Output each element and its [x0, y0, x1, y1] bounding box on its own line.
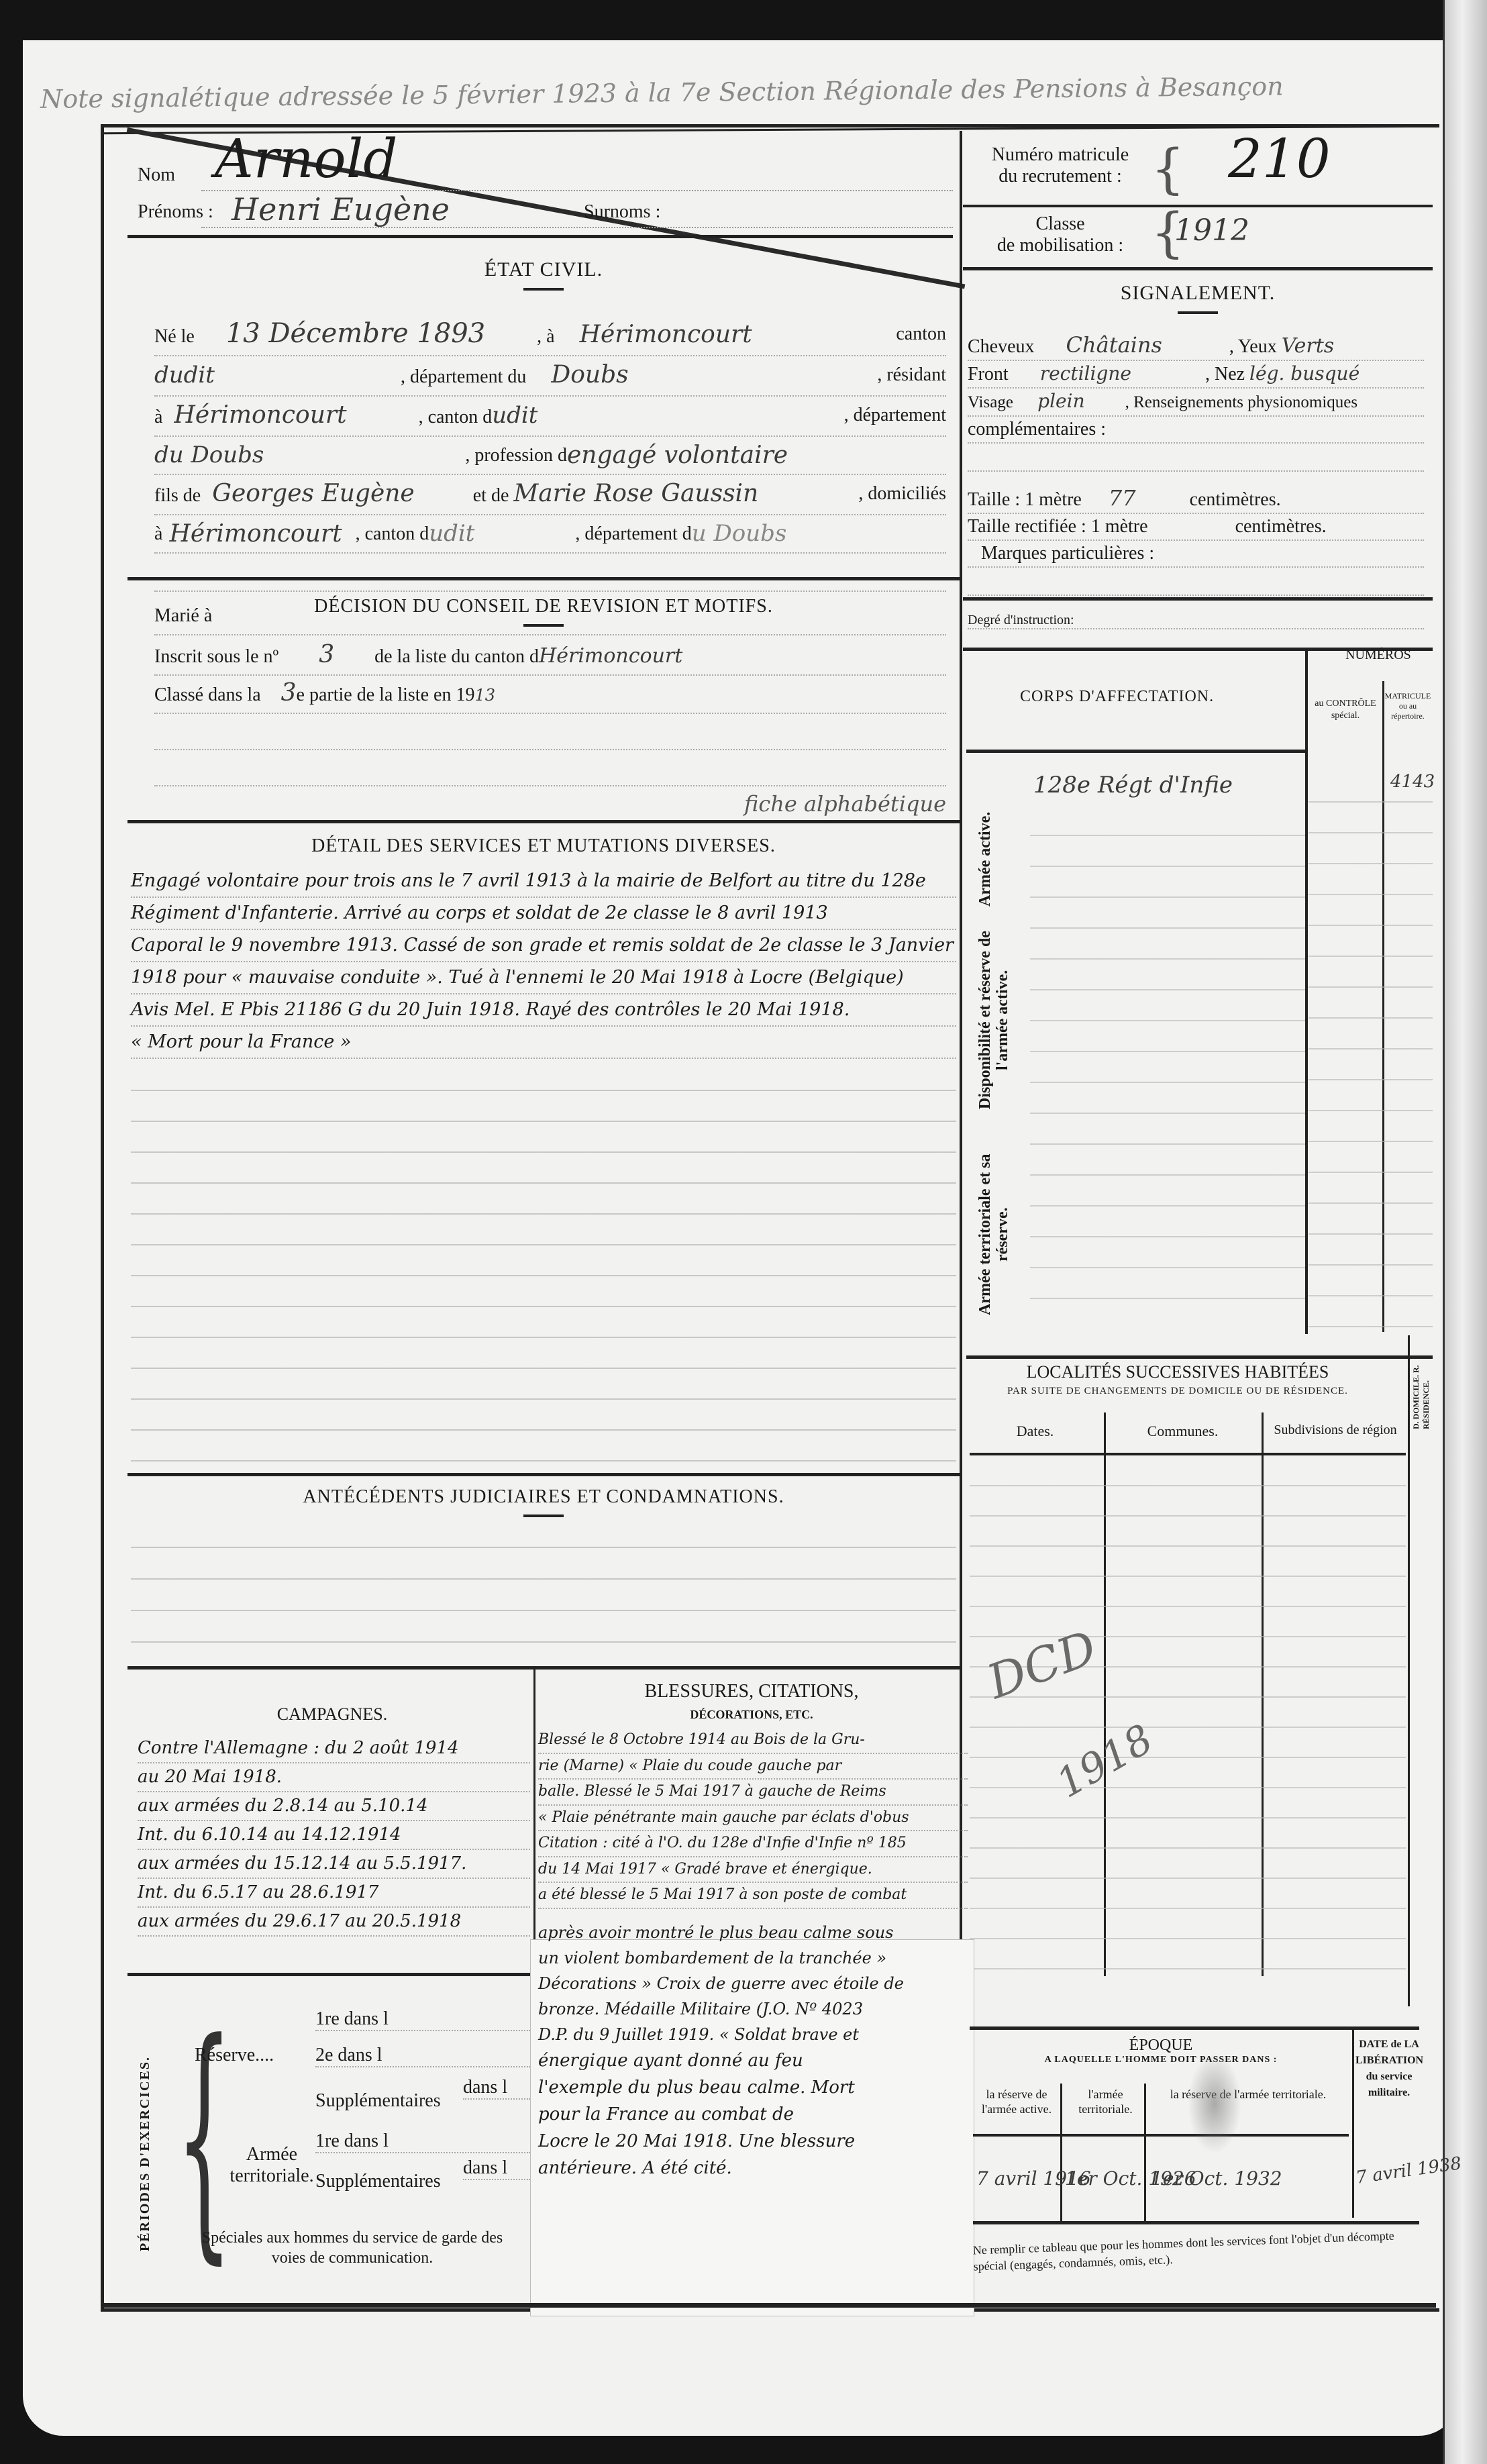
antecedents-ruled-lines [131, 1517, 956, 1664]
corps-numeros-divider [1305, 650, 1308, 1334]
antecedents-divider [127, 1666, 960, 1670]
renseignements-label: , Renseignements physionomiques [1125, 393, 1358, 411]
territoriale-supp-dans: dans l [463, 2157, 530, 2180]
prenoms-label: Prénoms : [138, 201, 213, 223]
cheveux-label: Cheveux [968, 336, 1035, 357]
matricule-label-2: du recrutement : [980, 166, 1141, 187]
residence-a-label: à [154, 407, 162, 427]
father-value: Georges Eugène [212, 480, 415, 507]
birth-date: 13 Décembre 1893 [226, 318, 485, 349]
matricule-divider [963, 205, 1433, 207]
campagne-line: aux armées du 15.12.14 au 5.5.1917. [138, 1850, 530, 1879]
blessure-line: du 14 Mai 1917 « Gradé brave et énergiqu… [538, 1857, 968, 1884]
liberation-divider [1352, 2026, 1354, 2218]
parents-canton-value: udit [429, 515, 474, 552]
ink-stain [1188, 2053, 1241, 2154]
campagnes-divider [533, 1670, 535, 1978]
fiche-note: fiche alphabétique [744, 791, 946, 817]
blessure-line: l'exemple du plus beau calme. Mort [538, 2074, 968, 2101]
signalement-section: SIGNALEMENT. [963, 282, 1433, 314]
signalement-divider [963, 597, 1433, 601]
reserve-2: 2e dans l [315, 2045, 530, 2067]
col-subdivisions: Subdivisions de région [1265, 1423, 1406, 1438]
campagne-line: Int. du 6.10.14 au 14.12.1914 [138, 1821, 530, 1850]
campagne-line: aux armées du 2.8.14 au 5.10.14 [138, 1792, 530, 1821]
canton-label: canton [896, 315, 946, 355]
recruitment-divider [963, 267, 1433, 270]
corps-title: CORPS D'AFFECTATION. [1020, 688, 1214, 706]
front-value: rectiligne [1040, 362, 1131, 384]
epoque-col-reserve-territoriale: la réserve de l'armée territoriale. [1147, 2087, 1349, 2102]
decision-canton: Hérimoncourt [539, 644, 682, 668]
epoque-col-active: la réserve de l'armée active. [973, 2087, 1060, 2116]
blessure-line: rie (Marne) « Plaie du coude gauche par [538, 1754, 968, 1780]
nez-label: , Nez [1205, 364, 1245, 384]
etat-civil-section: ÉTAT CIVIL. [127, 258, 960, 291]
departement-label: , département du [401, 366, 526, 387]
blessure-line: pour la France au combat de [538, 2101, 968, 2128]
complementaires-label: complémentaires : [968, 419, 1106, 440]
campagne-line: au 20 Mai 1918. [138, 1763, 530, 1792]
speciales-label: Spéciales aux hommes du service de garde… [195, 2228, 510, 2268]
book-spine [1443, 0, 1487, 2464]
armee-active-entry: 128e Régt d'Infie [1033, 772, 1233, 799]
classe-value: 1912 [1174, 213, 1249, 248]
reserve-supp: Supplémentaires [315, 2090, 441, 2112]
services-line: Engagé volontaire pour trois ans le 7 av… [131, 866, 956, 898]
controle-label: au CONTRÔLE spécial. [1312, 698, 1379, 722]
signalement-body: Cheveux Châtains, Yeux Verts Front recti… [968, 332, 1424, 596]
decision-title: DÉCISION DU CONSEIL DE REVISION ET MOTIF… [127, 596, 960, 617]
blessure-line: antérieure. A été cité. [538, 2155, 968, 2181]
mother-value: Marie Rose Gaussin [513, 480, 758, 507]
ne-le-label: Né le [154, 326, 195, 347]
territoriale-label: Armée territoriale. [221, 2144, 322, 2187]
blessure-line: Décorations » Croix de guerre avec étoil… [538, 1971, 968, 1996]
taille-label: Taille : 1 mètre [968, 489, 1082, 510]
blessure-line: énergique ayant donné au feu [538, 2047, 968, 2074]
et-de-label: et de [473, 485, 509, 506]
campagne-line: Int. du 6.5.17 au 28.6.1917 [138, 1879, 530, 1908]
antecedents-section: ANTÉCÉDENTS JUDICIAIRES ET CONDAMNATIONS… [127, 1486, 960, 1517]
visage-value: plein [1037, 390, 1084, 412]
blessures-title: BLESSURES, CITATIONS, [537, 1681, 966, 1702]
taille-value: 77 [1109, 485, 1136, 511]
a-label: , à [537, 326, 554, 347]
birth-place: Hérimoncourt [580, 321, 752, 348]
services-ruled-lines [131, 1060, 956, 1463]
blessure-line: Locre le 20 Mai 1918. Une blessure [538, 2128, 968, 2155]
blessure-line: Blessé le 8 Octobre 1914 au Bois de la G… [538, 1728, 968, 1754]
numeros-label: NUMÉROS [1345, 648, 1411, 663]
blessure-line: Citation : cité à l'O. du 128e d'Infie d… [538, 1831, 968, 1857]
epoque-header-divider [973, 2134, 1349, 2137]
classe-dans-label: Classé dans la [154, 684, 261, 705]
localites-subtitle: PAR SUITE DE CHANGEMENTS DE DOMICILE OU … [966, 1386, 1389, 1397]
campagnes-title: CAMPAGNES. [131, 1704, 533, 1725]
prenoms-value: Henri Eugène [232, 191, 450, 227]
localites-top-divider [966, 1355, 1433, 1359]
centimetres-label: centimètres. [1190, 489, 1281, 510]
residence-canton-value: udit [492, 402, 537, 429]
corps-header-divider [966, 750, 1305, 753]
localites-dr-label: D. DOMICILE. R. RÉSIDENCE. [1411, 1342, 1431, 1429]
departement-value: Doubs [551, 361, 628, 389]
localites-title: LOCALITÉS SUCCESSIVES HABITÉES [966, 1362, 1389, 1382]
services-line: 1918 pour « mauvaise conduite ». Tué à l… [131, 962, 956, 994]
domicilies-label: , domiciliés [858, 475, 946, 514]
blessure-line: balle. Blessé le 5 Mai 1917 à gauche de … [538, 1780, 968, 1806]
marques-label: Marques particulières : [981, 543, 1154, 564]
col-dates: Dates. [976, 1423, 1094, 1440]
epoque-col-divider-1 [1060, 2084, 1062, 2221]
parents-dept-label: , département d [575, 515, 691, 552]
signalement-title: SIGNALEMENT. [963, 282, 1433, 305]
decision-section: DÉCISION DU CONSEIL DE REVISION ET MOTIF… [127, 596, 960, 627]
localites-dr-divider [1408, 1335, 1410, 2006]
blessure-line: « Plaie pénétrante main gauche par éclat… [538, 1806, 968, 1832]
front-label: Front [968, 364, 1009, 384]
profession-label: , profession d [465, 437, 567, 474]
prenoms-line [201, 227, 953, 228]
territoriale-1: 1re dans l [315, 2131, 530, 2153]
services-body: Engagé volontaire pour trois ans le 7 av… [131, 866, 956, 1059]
classe-label-1: Classe [980, 213, 1141, 235]
periodes-title: PÉRIODES D'EXERCICES. [138, 2033, 178, 2275]
numeros-ruled-lines [1309, 772, 1433, 1329]
campagne-line: aux armées du 29.6.17 au 20.5.1918 [138, 1908, 530, 1937]
parents-dept-value: u Doubs [692, 515, 787, 552]
services-line: Régiment d'Infanterie. Arrivé au corps e… [131, 898, 956, 930]
reserve-label: Réserve.... [195, 2045, 274, 2066]
centimetres-label-2: centimètres. [1235, 516, 1327, 537]
localites-header-divider [970, 1453, 1406, 1455]
identity-divider [127, 235, 953, 238]
etat-civil-body: Né le 13 Décembre 1893 , à Hérimoncourt … [154, 315, 946, 635]
blessures-subtitle: DÉCORATIONS, ETC. [537, 1708, 966, 1722]
blessure-line: a été blessé le 5 Mai 1917 à son poste d… [538, 1883, 968, 1909]
epoque-col-territoriale: l'armée territoriale. [1064, 2087, 1147, 2116]
profession-value: engagé volontaire [567, 437, 788, 474]
parents-place: Hérimoncourt [169, 515, 342, 552]
taille-rect-label: Taille rectifiée : 1 mètre [968, 516, 1148, 537]
residence-value: Hérimoncourt [174, 401, 346, 429]
etat-civil-title: ÉTAT CIVIL. [127, 258, 960, 281]
corps-ruled-lines [1030, 805, 1305, 1329]
residence-dept-value: du Doubs [154, 437, 264, 474]
services-line: « Mort pour la France » [131, 1027, 956, 1059]
visage-label: Visage [968, 393, 1013, 411]
campagnes-bottom-divider [127, 1973, 533, 1976]
partie-value: 3 [281, 679, 297, 707]
antecedents-title: ANTÉCÉDENTS JUDICIAIRES ET CONDAMNATIONS… [127, 1486, 960, 1508]
matricule-value: 210 [1228, 127, 1331, 190]
blessures-body: Blessé le 8 Octobre 1914 au Bois de la G… [538, 1728, 968, 2181]
services-line: Caporal le 9 novembre 1913. Cassé de son… [131, 930, 956, 962]
epoque-col-divider-2 [1144, 2084, 1146, 2221]
nom-label: Nom [138, 164, 175, 186]
partie-label: e partie de la liste en 19 [297, 684, 475, 705]
classe-label-2: de mobilisation : [980, 235, 1141, 256]
services-line: Avis Mel. E Pbis 21186 G du 20 Juin 1918… [131, 994, 956, 1027]
localites-ruled-lines [970, 1456, 1406, 1980]
matricule-repertoire-label: MATRICULE ou au répertoire. [1384, 691, 1431, 721]
blessure-line: D.P. du 9 Juillet 1919. « Soldat brave e… [538, 2022, 968, 2047]
services-section: DÉTAIL DES SERVICES ET MUTATIONS DIVERSE… [127, 835, 960, 857]
nom-value: Arnold [215, 127, 398, 190]
territoriale-label: Armée territoriale et sa réserve. [976, 1141, 1011, 1329]
liberation-header: DATE de LA LIBÉRATION du service militai… [1355, 2037, 1423, 2101]
fils-label: fils de [154, 485, 201, 506]
annee-value: 13 [474, 686, 495, 705]
residence-canton-label: , canton d [419, 407, 493, 427]
decision-divider [127, 820, 960, 823]
matricule-label-1: Numéro matricule [980, 144, 1141, 166]
territoriale-supp: Supplémentaires [315, 2171, 441, 2192]
decision-body: Inscrit sous le nº3de la liste du canton… [154, 637, 946, 823]
disponibilite-label: Disponibilité et réserve de l'armée acti… [976, 906, 1011, 1134]
yeux-label: , Yeux [1229, 336, 1277, 357]
epoque-subtitle: A LAQUELLE L'HOMME DOIT PASSER DANS : [973, 2055, 1349, 2065]
inscrit-value: 3 [319, 641, 334, 668]
inscrit-label: Inscrit sous le nº [154, 646, 278, 667]
residant-label: , résidant [877, 356, 946, 395]
etat-civil-divider [127, 577, 960, 580]
campagne-line: Contre l'Allemagne : du 2 août 1914 [138, 1735, 530, 1763]
parents-a-label: à [154, 515, 162, 552]
residence-dept-label: , département [844, 397, 946, 435]
services-divider [127, 1473, 960, 1476]
epoque-bottom-divider [973, 2221, 1419, 2224]
parents-canton-label: , canton d [356, 515, 429, 552]
col-communes: Communes. [1107, 1423, 1258, 1440]
liste-label: de la liste du canton d [374, 646, 539, 667]
campagnes-body: Contre l'Allemagne : du 2 août 1914 au 2… [138, 1735, 530, 1937]
degre-label: Degré d'instruction: [968, 613, 1424, 629]
form-bottom-border [101, 2303, 1436, 2308]
reserve-supp-dans: dans l [463, 2077, 530, 2100]
services-title: DÉTAIL DES SERVICES ET MUTATIONS DIVERSE… [127, 835, 960, 857]
yeux-value: Verts [1282, 334, 1334, 358]
blessure-line: un violent bombardement de la tranchée » [538, 1945, 968, 1971]
cheveux-value: Châtains [1066, 332, 1162, 358]
nez-value: lég. busqué [1249, 362, 1360, 384]
blessure-line: bronze. Médaille Militaire (J.O. Nº 4023 [538, 1996, 968, 2022]
surnoms-label: Surnoms : [584, 201, 660, 223]
reserve-1: 1re dans l [315, 2008, 530, 2031]
epoque-title: ÉPOQUE [973, 2037, 1349, 2055]
epoque-value-reserve-territoriale: 1er Oct. 1932 [1151, 2167, 1282, 2190]
canton-value: dudit [154, 362, 215, 389]
blessure-line: après avoir montré le plus beau calme so… [538, 1920, 968, 1945]
